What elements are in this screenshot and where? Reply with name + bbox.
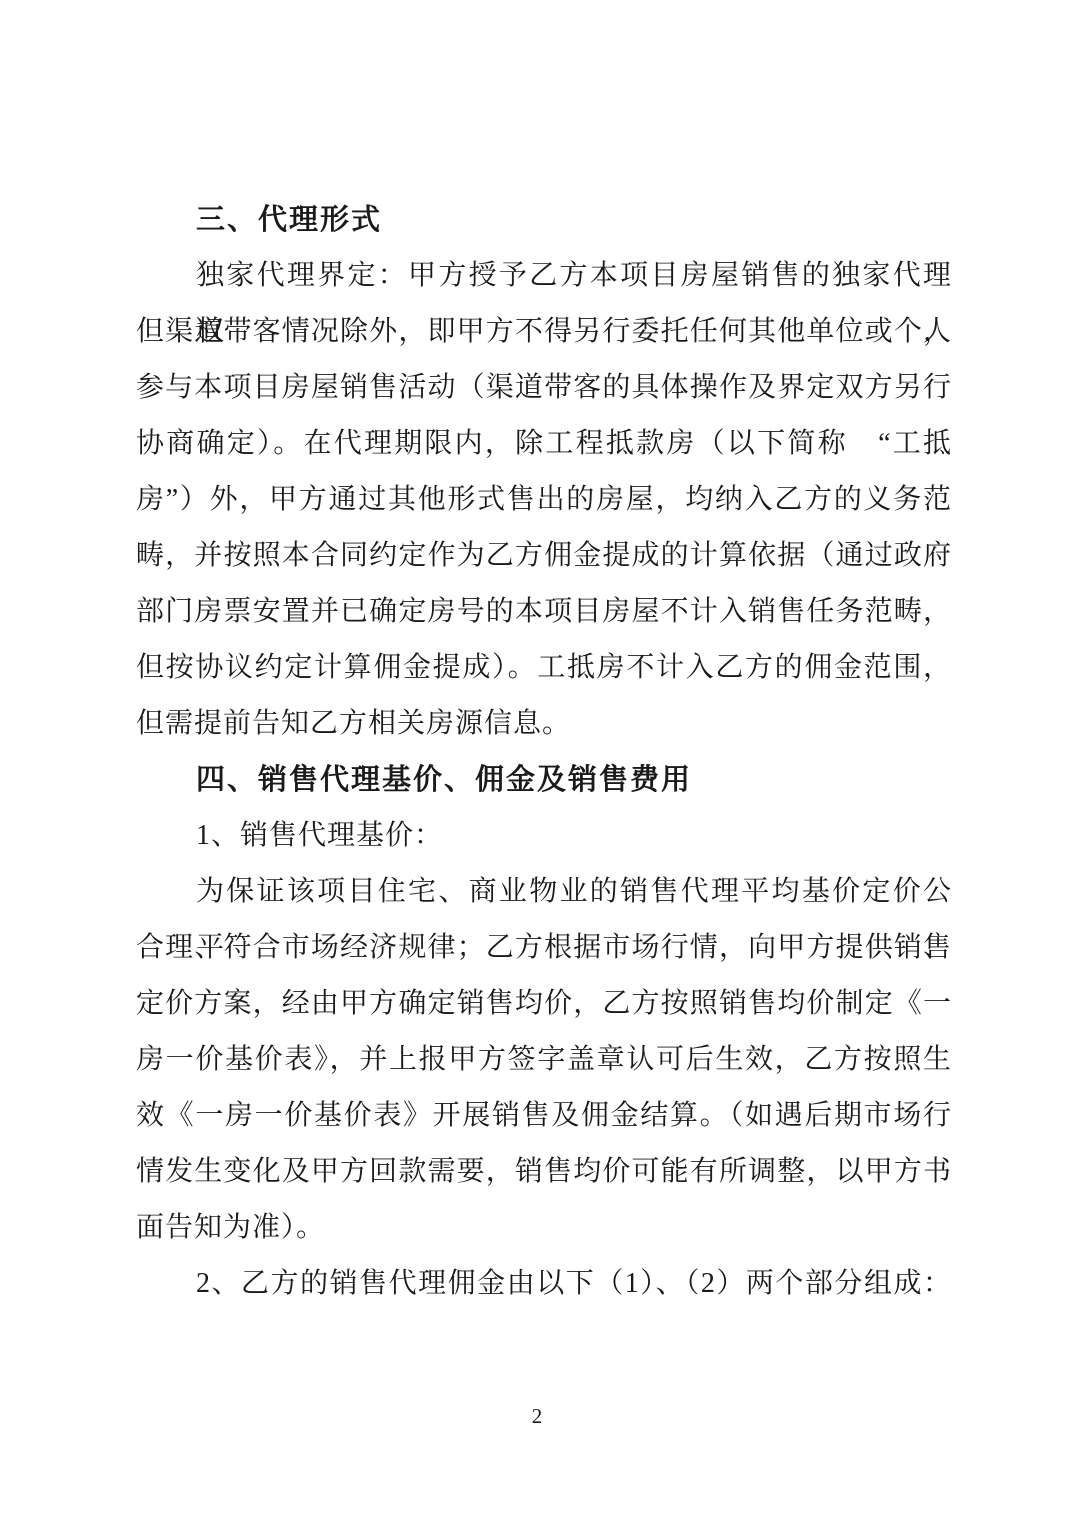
document-line: 房一价基价表》，并上报甲方签字盖章认可后生效，乙方按照生 [136,1032,952,1088]
document-line: 畴，并按照本合同约定作为乙方佣金提成的计算依据（通过政府 [136,528,952,584]
document-line: 1、销售代理基价： [136,808,952,864]
document-line: 协商确定）。在代理期限内，除工程抵款房（以下简称 “工抵 [136,416,952,472]
document-line: 房”）外，甲方通过其他形式售出的房屋，均纳入乙方的义务范 [136,472,952,528]
page-number: 2 [532,1404,543,1428]
section-heading: 三、代理形式 [136,192,952,248]
section-heading: 四、销售代理基价、佣金及销售费用 [136,752,952,808]
document-line: 独家代理界定：甲方授予乙方本项目房屋销售的独家代理权， [136,248,952,304]
document-line: 但按协议约定计算佣金提成）。工抵房不计入乙方的佣金范围， [136,640,952,696]
document-line: 但渠道带客情况除外，即甲方不得另行委托任何其他单位或个人 [136,304,952,360]
document-line: 效《一房一价基价表》开展销售及佣金结算。（如遇后期市场行 [136,1088,952,1144]
document-line: 但需提前告知乙方相关房源信息。 [136,696,952,752]
document-line: 定价方案，经由甲方确定销售均价，乙方按照销售均价制定《一 [136,976,952,1032]
document-line: 为保证该项目住宅、商业物业的销售代理平均基价定价公平、 [136,864,952,920]
document-line: 情发生变化及甲方回款需要，销售均价可能有所调整，以甲方书 [136,1144,952,1200]
document-line: 面告知为准）。 [136,1200,952,1256]
document-line: 合理、符合市场经济规律；乙方根据市场行情，向甲方提供销售 [136,920,952,976]
page-footer: 2 [0,1404,1074,1429]
document-body: 三、代理形式独家代理界定：甲方授予乙方本项目房屋销售的独家代理权，但渠道带客情况… [136,192,952,1312]
document-page: 三、代理形式独家代理界定：甲方授予乙方本项目房屋销售的独家代理权，但渠道带客情况… [0,0,1074,1520]
document-line: 参与本项目房屋销售活动（渠道带客的具体操作及界定双方另行 [136,360,952,416]
document-line: 部门房票安置并已确定房号的本项目房屋不计入销售任务范畴， [136,584,952,640]
document-line: 2、乙方的销售代理佣金由以下（1）、（2）两个部分组成： [136,1256,952,1312]
